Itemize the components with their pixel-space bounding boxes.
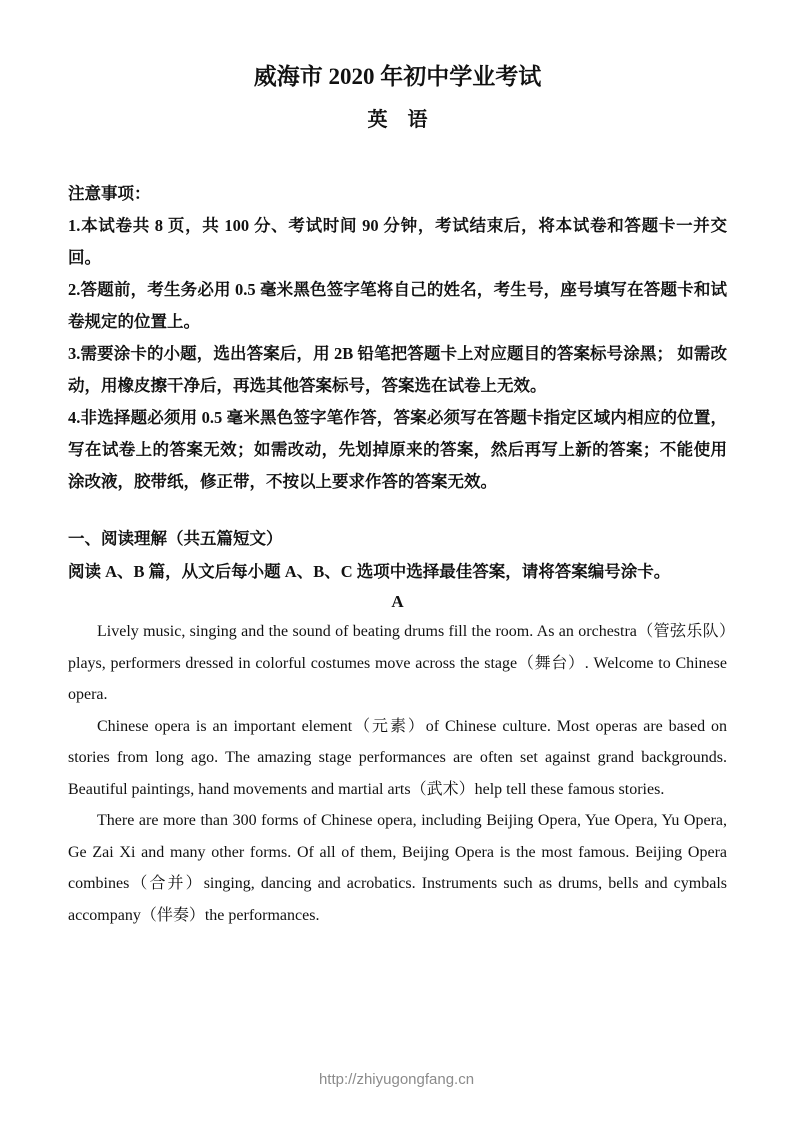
passage-paragraph-3: There are more than 300 forms of Chinese… <box>68 805 727 931</box>
passage-paragraph-2: Chinese opera is an important element（元素… <box>68 711 727 806</box>
footer-watermark-url: http://zhiyugongfang.cn <box>319 1071 474 1088</box>
notice-item-4: 4.非选择题必须用 0.5 毫米黑色签字笔作答，答案必须写在答题卡指定区域内相应… <box>68 402 727 498</box>
notice-item-2: 2.答题前，考生务必用 0.5 毫米黑色签字笔将自己的姓名，考生号，座号填写在答… <box>68 274 727 338</box>
exam-paper-page: 威海市 2020 年初中学业考试 英 语 注意事项： 1.本试卷共 8 页，共 … <box>0 0 793 931</box>
passage-body: Lively music, singing and the sound of b… <box>68 616 727 931</box>
reading-section: 一、阅读理解（共五篇短文） 阅读 A、B 篇，从文后每小题 A、B、C 选项中选… <box>68 522 727 931</box>
notice-item-3: 3.需要涂卡的小题，选出答案后，用 2B 铅笔把答题卡上对应题目的答案标号涂黑；… <box>68 338 727 402</box>
section-heading: 一、阅读理解（共五篇短文） <box>68 522 727 555</box>
section-instruction: 阅读 A、B 篇，从文后每小题 A、B、C 选项中选择最佳答案，请将答案编号涂卡… <box>68 555 727 588</box>
passage-label: A <box>68 588 727 616</box>
exam-title: 威海市 2020 年初中学业考试 <box>68 62 727 92</box>
notice-section: 注意事项： 1.本试卷共 8 页，共 100 分、考试时间 90 分钟，考试结束… <box>68 178 727 498</box>
notice-item-1: 1.本试卷共 8 页，共 100 分、考试时间 90 分钟，考试结束后，将本试卷… <box>68 210 727 274</box>
exam-subject: 英 语 <box>68 106 727 134</box>
footer: http://zhiyugongfang.cn <box>0 1069 793 1091</box>
passage-paragraph-1: Lively music, singing and the sound of b… <box>68 616 727 711</box>
notice-heading: 注意事项： <box>68 178 727 210</box>
